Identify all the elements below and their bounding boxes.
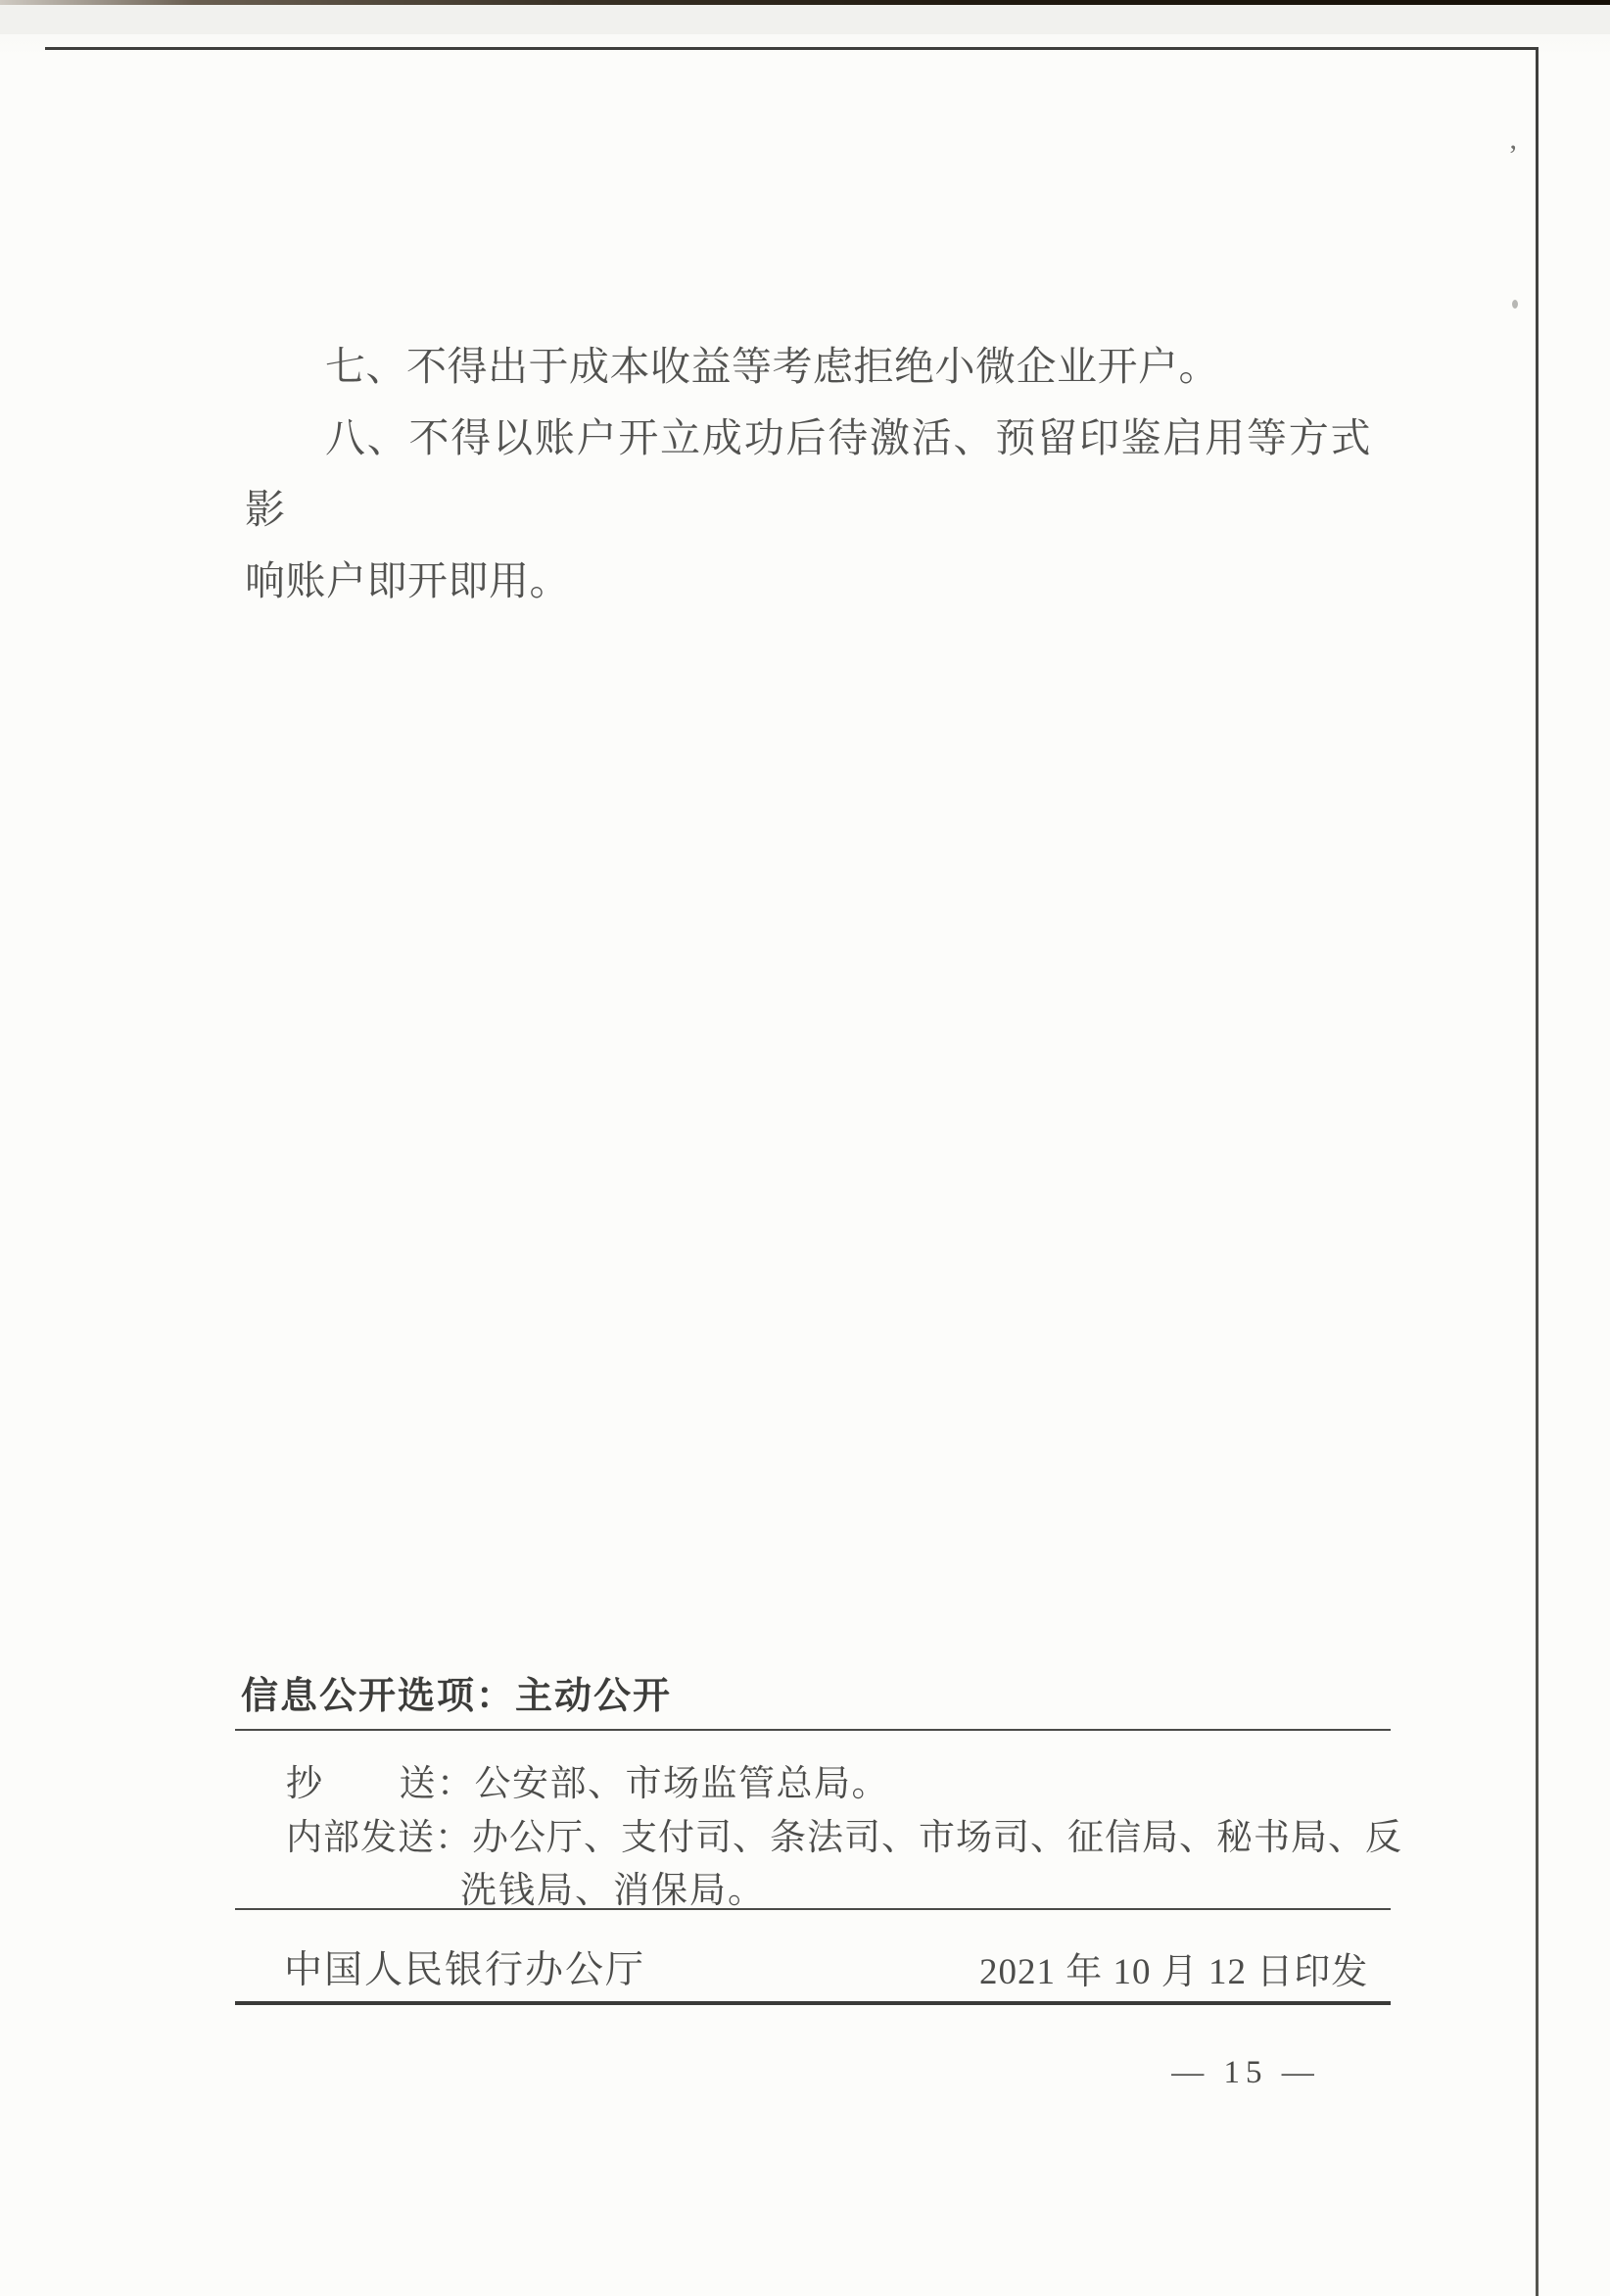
cc-recipients-line: 抄 送：公安部、市场监管总局。 bbox=[286, 1753, 889, 1806]
scan-speck-dot bbox=[1512, 300, 1518, 309]
disclosure-option-heading: 信息公开选项：主动公开 bbox=[241, 1665, 672, 1719]
internal-distribution-line-1: 内部发送：办公厅、支付司、条法司、市场司、征信局、秘书局、反 bbox=[286, 1807, 1402, 1860]
footer-divider-top bbox=[235, 1729, 1391, 1731]
body-line-item-eight-continued: 响账户即开即用。 bbox=[245, 546, 1371, 617]
body-text-block: 七、不得出于成本收益等考虑拒绝小微企业开户。 八、不得以账户开立成功后待激活、预… bbox=[245, 331, 1371, 617]
scanned-document-page: ’ 七、不得出于成本收益等考虑拒绝小微企业开户。 八、不得以账户开立成功后待激活… bbox=[0, 0, 1610, 2296]
footer-divider-middle bbox=[235, 1908, 1391, 1910]
scan-speck-quote-mark: ’ bbox=[1508, 139, 1518, 172]
scan-top-gray-band bbox=[0, 5, 1610, 34]
scan-right-page-edge-line bbox=[1536, 47, 1539, 2296]
internal-distribution-line-2: 洗钱局、消保局。 bbox=[460, 1860, 766, 1913]
scan-top-hairline bbox=[45, 47, 1538, 50]
body-line-item-eight: 八、不得以账户开立成功后待激活、预留印鉴启用等方式影 bbox=[245, 403, 1371, 546]
footer-divider-bottom bbox=[235, 2001, 1391, 2005]
print-date: 2021 年 10 月 12 日印发 bbox=[979, 1941, 1351, 1994]
page-number: — 15 — bbox=[1123, 2055, 1368, 2091]
body-line-item-seven: 七、不得出于成本收益等考虑拒绝小微企业开户。 bbox=[245, 331, 1371, 403]
issuing-office-name: 中国人民银行办公厅 bbox=[284, 1939, 645, 1994]
